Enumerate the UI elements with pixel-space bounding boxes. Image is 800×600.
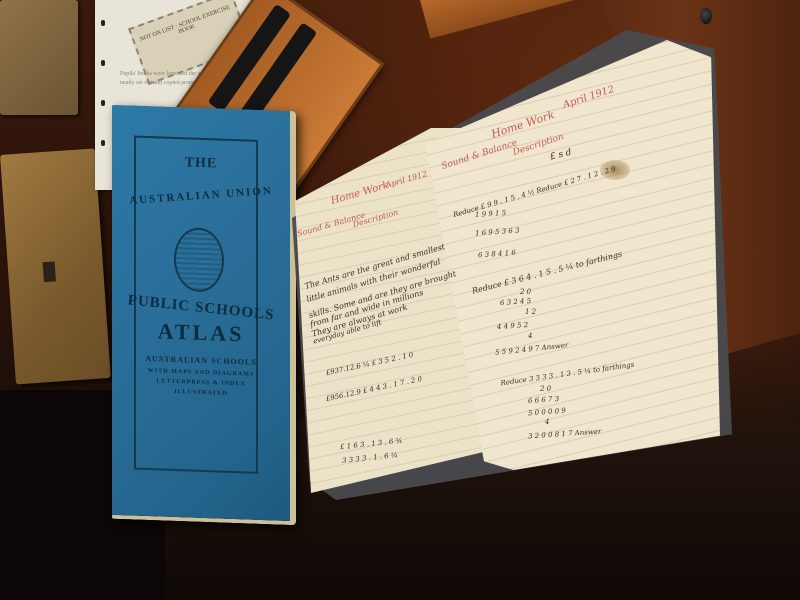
punch-hole [101, 100, 105, 106]
sum-line: 2 0 [540, 385, 551, 393]
punch-hole [101, 60, 105, 66]
sum-line: 4 [528, 332, 532, 340]
punch-hole [101, 140, 105, 146]
block-slot [43, 261, 56, 282]
punch-hole [101, 20, 105, 26]
globe-emblem-icon [174, 227, 224, 293]
wooden-block-top [0, 0, 78, 115]
screw-icon [700, 8, 712, 24]
sum-line: 1 2 [525, 308, 536, 316]
atlas-book: THE AUSTRALIAN UNION PUBLIC SCHOOLS ATLA… [112, 105, 296, 525]
sum-line: 4 [545, 418, 549, 426]
sum-line: 2 0 [520, 288, 531, 296]
